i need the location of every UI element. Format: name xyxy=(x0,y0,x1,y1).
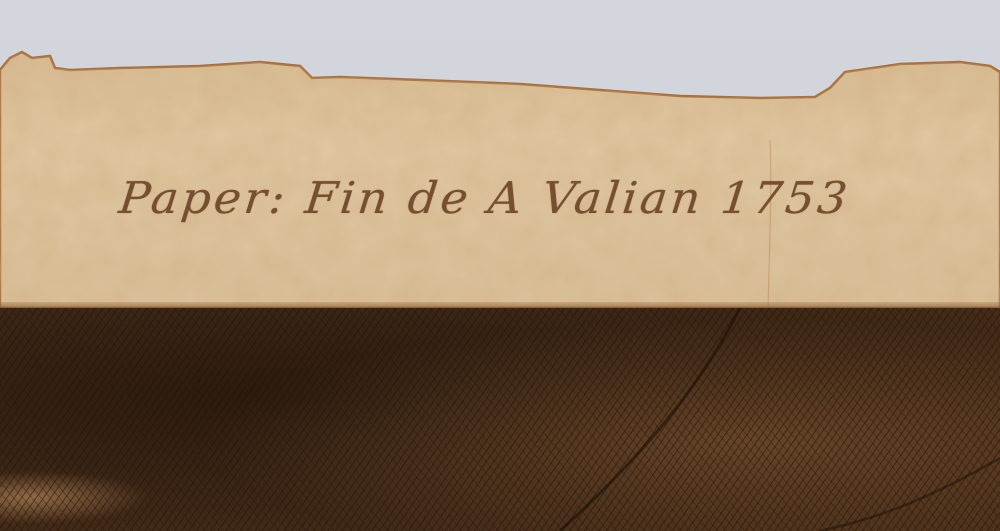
handwritten-annotation: Paper: Fin de A Valian 1753 xyxy=(117,172,853,223)
crosshatch-texture xyxy=(0,308,1000,531)
